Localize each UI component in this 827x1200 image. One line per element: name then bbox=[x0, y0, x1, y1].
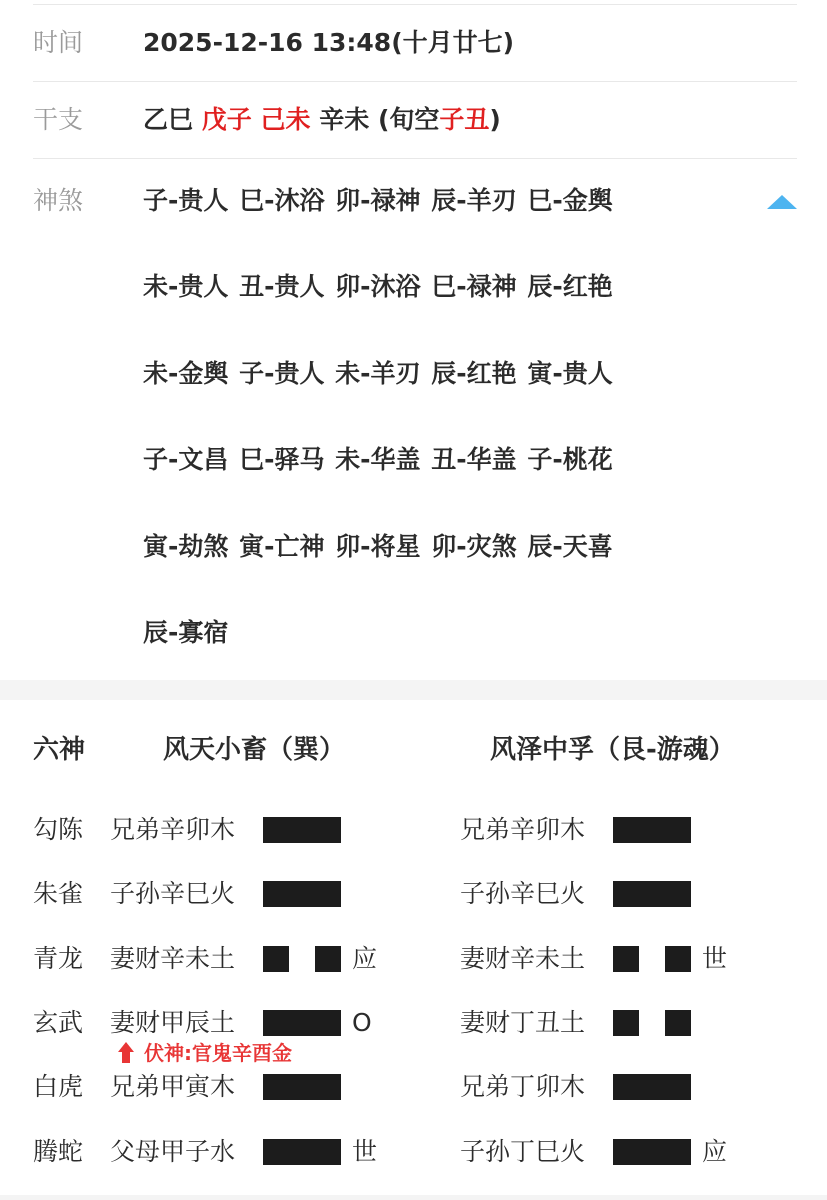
yin-line-icon bbox=[613, 946, 691, 972]
yao-row: 朱雀 子孙辛巳火 子孙辛巳火 bbox=[0, 874, 827, 914]
liushen-name: 白虎 bbox=[33, 1067, 83, 1107]
ben-yao-name: 妻财甲辰土 bbox=[110, 1003, 235, 1043]
bian-gua-title: 风泽中孚（艮-游魂） bbox=[490, 730, 735, 770]
triangle-up-icon bbox=[767, 195, 797, 209]
shensha-line: 寅-劫煞 寅-亡神 卯-将星 卯-灾煞 辰-天喜 bbox=[143, 530, 613, 616]
ying-mark: 应 bbox=[352, 939, 377, 979]
xunkong-prefix: (旬空 bbox=[378, 105, 439, 134]
ben-yao-name: 子孙辛巳火 bbox=[110, 874, 235, 914]
bian-yao-name: 兄弟丁卯木 bbox=[460, 1067, 585, 1107]
yao-row: 腾蛇 父母甲子水 世 子孙丁巳火 应 bbox=[0, 1132, 827, 1172]
info-card: 时间 2025-12-16 13:48(十月廿七) 干支 乙巳 戊子 己未 辛未… bbox=[0, 0, 827, 680]
ganzhi-hour: 辛未 bbox=[319, 105, 369, 134]
shensha-line: 未-贵人 丑-贵人 卯-沐浴 巳-禄神 辰-红艳 bbox=[143, 270, 613, 356]
shi-mark: 世 bbox=[352, 1132, 377, 1172]
yang-line-icon bbox=[613, 1074, 691, 1100]
ben-yao-name: 兄弟辛卯木 bbox=[110, 810, 235, 850]
liushen-name: 青龙 bbox=[33, 939, 83, 979]
liushen-name: 腾蛇 bbox=[33, 1132, 83, 1172]
shi-mark: 世 bbox=[702, 939, 727, 979]
yao-row: 勾陈 兄弟辛卯木 兄弟辛卯木 bbox=[0, 810, 827, 850]
shensha-label: 神煞 bbox=[33, 184, 143, 218]
ganzhi-year: 乙巳 bbox=[143, 105, 193, 134]
yang-line-icon bbox=[263, 881, 341, 907]
liushen-name: 勾陈 bbox=[33, 810, 83, 850]
ben-gua-title: 风天小畜（巽） bbox=[163, 730, 345, 770]
liushen-name: 玄武 bbox=[33, 1003, 83, 1043]
yang-line-icon bbox=[263, 1074, 341, 1100]
bian-yao-name: 妻财丁丑土 bbox=[460, 1003, 585, 1043]
ben-yao-name: 兄弟甲寅木 bbox=[110, 1067, 235, 1107]
collapse-shensha-button[interactable] bbox=[767, 190, 797, 214]
bian-yao-name: 妻财辛未土 bbox=[460, 939, 585, 979]
time-value: 2025-12-16 13:48(十月廿七) bbox=[143, 26, 514, 60]
yang-line-icon bbox=[613, 817, 691, 843]
yang-line-icon bbox=[613, 1139, 691, 1165]
ben-yao-name: 父母甲子水 bbox=[110, 1132, 235, 1172]
gua-card: 六神 风天小畜（巽） 风泽中孚（艮-游魂） 勾陈 兄弟辛卯木 兄弟辛卯木 朱雀 … bbox=[0, 700, 827, 1195]
shensha-line: 子-贵人 巳-沐浴 卯-禄神 辰-羊刃 巳-金舆 bbox=[143, 184, 613, 270]
shensha-line: 子-文昌 巳-驿马 未-华盖 丑-华盖 子-桃花 bbox=[143, 443, 613, 529]
arrow-up-icon bbox=[118, 1042, 134, 1064]
yin-line-icon bbox=[613, 1010, 691, 1036]
time-row: 时间 2025-12-16 13:48(十月廿七) bbox=[33, 26, 797, 82]
ganzhi-label: 干支 bbox=[33, 103, 143, 137]
shensha-row: 神煞 子-贵人 巳-沐浴 卯-禄神 辰-羊刃 巳-金舆 未-贵人 丑-贵人 卯-… bbox=[33, 184, 797, 702]
bian-yao-name: 子孙辛巳火 bbox=[460, 874, 585, 914]
section-divider bbox=[0, 680, 827, 700]
ben-yao-name: 妻财辛未土 bbox=[110, 939, 235, 979]
ying-mark: 应 bbox=[702, 1132, 727, 1172]
yang-line-icon bbox=[263, 1139, 341, 1165]
yao-row: 青龙 妻财辛未土 应 妻财辛未土 世 bbox=[0, 939, 827, 979]
yin-line-icon bbox=[263, 946, 341, 972]
yao-row: 玄武 妻财甲辰土 O 妻财丁丑土 bbox=[0, 1003, 827, 1043]
ganzhi-day: 己未 bbox=[260, 105, 310, 134]
yang-line-icon bbox=[263, 817, 341, 843]
fushen-note: 伏神:官鬼辛酉金 bbox=[118, 1040, 292, 1066]
yang-line-icon bbox=[263, 1010, 341, 1036]
ganzhi-month: 戊子 bbox=[202, 105, 252, 134]
fushen-text: 伏神:官鬼辛酉金 bbox=[144, 1040, 292, 1066]
ganzhi-row: 干支 乙巳 戊子 己未 辛未 (旬空子丑) bbox=[33, 103, 797, 159]
gua-header: 六神 风天小畜（巽） 风泽中孚（艮-游魂） bbox=[0, 730, 827, 770]
divider bbox=[33, 4, 797, 5]
xunkong-value: 子丑 bbox=[439, 105, 489, 134]
yang-line-icon bbox=[613, 881, 691, 907]
bian-yao-name: 兄弟辛卯木 bbox=[460, 810, 585, 850]
xunkong-suffix: ) bbox=[489, 105, 500, 134]
section-divider bbox=[0, 1195, 827, 1200]
liushen-header: 六神 bbox=[33, 730, 85, 770]
ganzhi-value: 乙巳 戊子 己未 辛未 (旬空子丑) bbox=[143, 103, 501, 137]
moving-mark: O bbox=[352, 1003, 372, 1043]
shensha-line: 未-金舆 子-贵人 未-羊刃 辰-红艳 寅-贵人 bbox=[143, 357, 613, 443]
time-label: 时间 bbox=[33, 26, 143, 60]
liushen-name: 朱雀 bbox=[33, 874, 83, 914]
yao-row: 白虎 兄弟甲寅木 兄弟丁卯木 bbox=[0, 1067, 827, 1107]
bian-yao-name: 子孙丁巳火 bbox=[460, 1132, 585, 1172]
shensha-list: 子-贵人 巳-沐浴 卯-禄神 辰-羊刃 巳-金舆 未-贵人 丑-贵人 卯-沐浴 … bbox=[143, 184, 613, 702]
